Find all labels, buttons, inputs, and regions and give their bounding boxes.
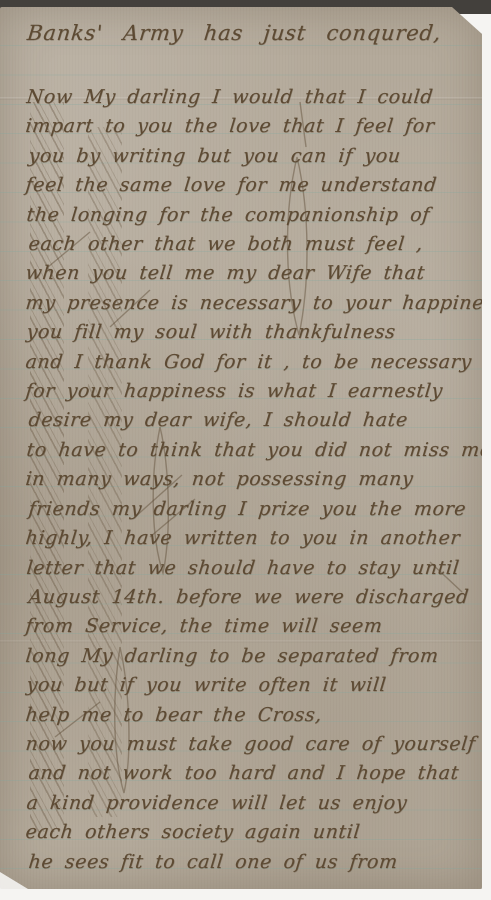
- letter-line: the longing for the companionship of: [25, 201, 477, 230]
- letter-line: my presence is necessary to your happine…: [24, 289, 477, 318]
- letter-line: feel the same love for me understand: [24, 171, 477, 200]
- letter-line: he sees fit to call one of us from: [27, 848, 477, 877]
- letter-line: in many ways, not possessing many: [24, 465, 477, 494]
- letter-line: a kind providence will let us enjoy: [25, 789, 477, 818]
- letter-line: now you must take good care of yourself: [24, 730, 477, 759]
- letter-line: each other that we both must feel ,: [27, 230, 477, 259]
- letter-body: Now My darling I would that I could impa…: [24, 83, 474, 877]
- letter-line: desire my dear wife, I should hate: [27, 406, 477, 435]
- letter-line: long My darling to be separated from: [24, 642, 477, 671]
- letter-line: friends my darling I prize you the more: [27, 495, 477, 524]
- letter-line: help me to bear the Cross,: [24, 701, 477, 730]
- letter-line: letter that we should have to stay until: [25, 554, 477, 583]
- letter-line: from Service, the time will seem: [24, 612, 477, 641]
- letter-line: each others society again until: [24, 818, 477, 847]
- letter-line: you fill my soul with thankfulness: [25, 318, 477, 347]
- letter-line: you by writing but you can if you: [27, 142, 477, 171]
- letter-line: you but if you write often it will: [25, 671, 477, 700]
- letter-line: highly, I have written to you in another: [24, 524, 477, 553]
- letter-line: when you tell me my dear Wife that: [24, 259, 477, 288]
- letter-paper: Banks' Army has just conqured, Now My da…: [0, 7, 482, 889]
- letter-heading-line: Banks' Army has just conqured,: [26, 21, 465, 45]
- letter-line: and I thank God for it , to be necessary: [24, 348, 477, 377]
- letter-line: for your happiness is what I earnestly: [24, 377, 477, 406]
- letter-line: and not work too hard and I hope that: [27, 759, 477, 788]
- letter-line: impart to you the love that I feel for: [24, 112, 477, 141]
- letter-line: to have to think that you did not miss m…: [25, 436, 477, 465]
- letter-line: Now My darling I would that I could: [25, 83, 477, 112]
- letter-line: August 14th. before we were discharged: [27, 583, 477, 612]
- scanned-letter-page: Banks' Army has just conqured, Now My da…: [0, 0, 491, 900]
